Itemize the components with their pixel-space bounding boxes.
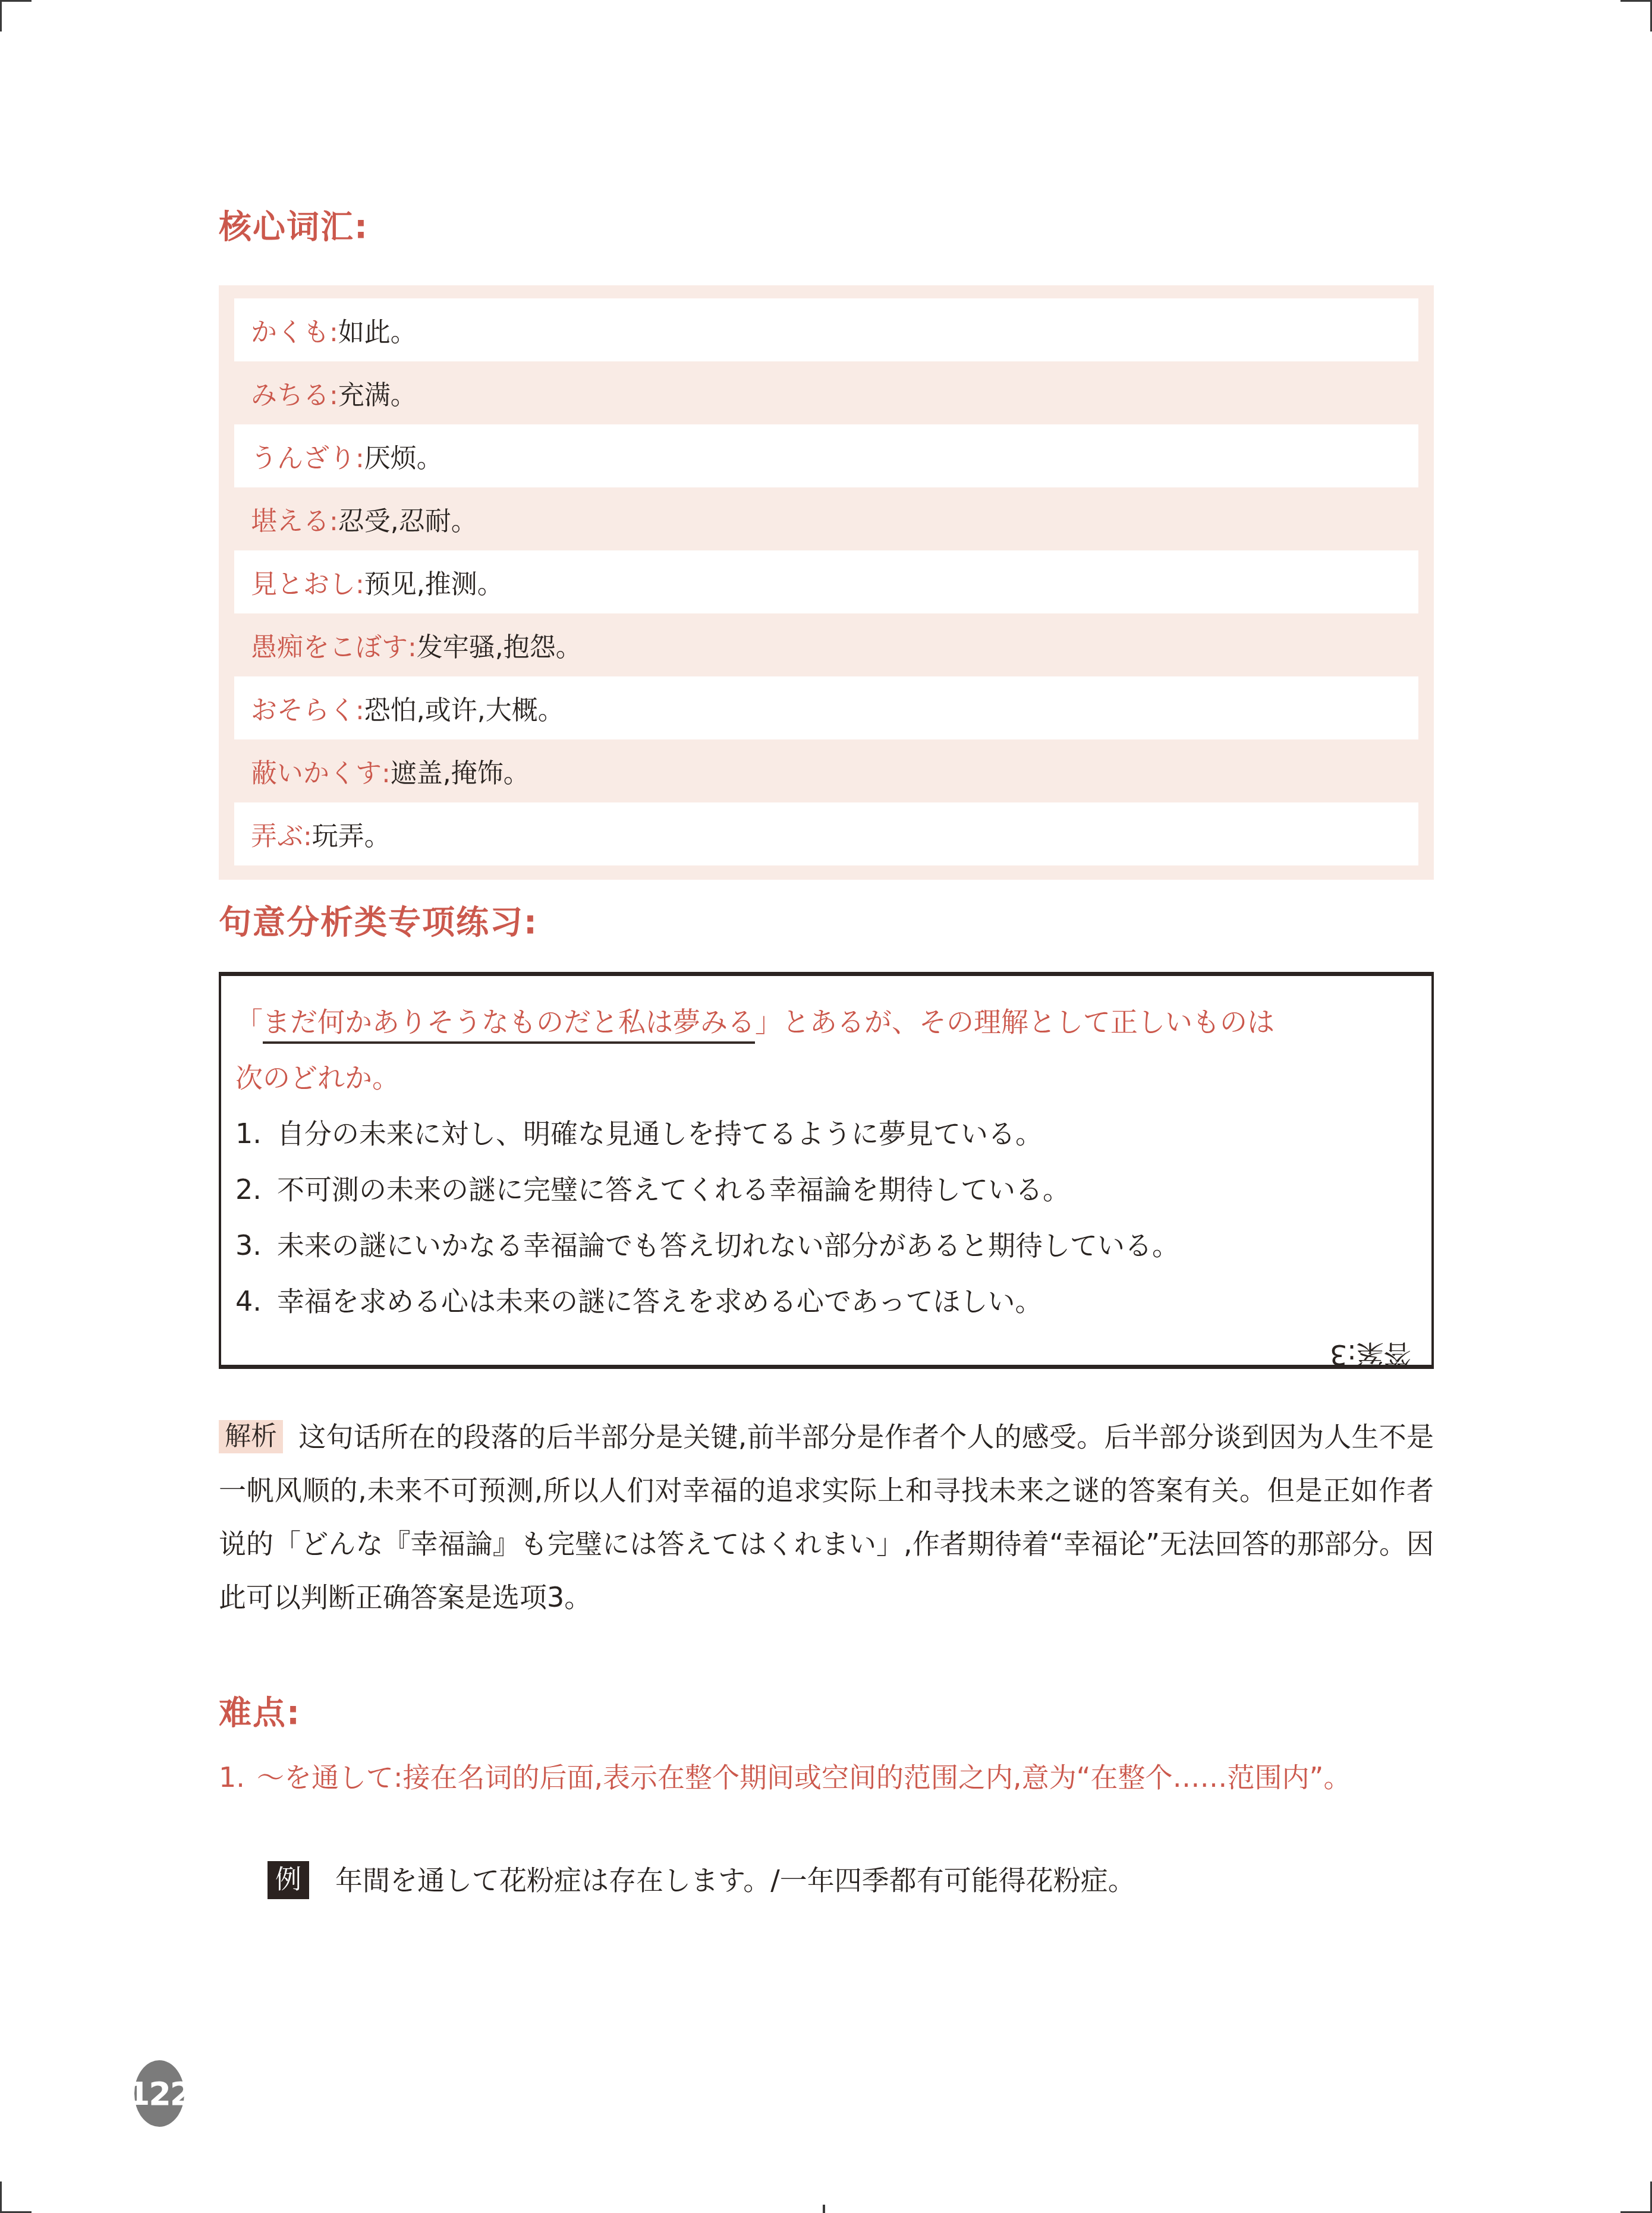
vocab-box: かくも:如此。 みちる:充满。 うんざり:厌烦。 堪える:忍受,忍耐。 見とおし… [219,285,1434,880]
page-number-badge: 122 [134,2060,184,2127]
vocab-row: 見とおし:预见,推测。 [234,550,1418,613]
vocab-row: おそらく:恐怕,或许,大概。 [234,676,1418,739]
vocab-row: みちる:充满。 [234,361,1418,424]
vocab-term: 弄ぶ: [251,815,312,853]
page-number: 122 [128,2075,191,2113]
vocab-row: うんざり:厌烦。 [234,424,1418,487]
example-text: 年間を通して花粉症は存在します。/一年四季都有可能得花粉症。 [335,1859,1135,1901]
vocab-row: 弄ぶ:玩弄。 [234,802,1418,865]
option-text: 幸福を求める心は未来の謎に答えを求める心であってほしい。 [277,1273,1043,1329]
question-underlined-quote: まだ何かありそうなものだと私は夢みる [263,1006,755,1044]
answer-option-3: 3. 未来の謎にいかなる幸福論でも答え切れない部分があると期待している。 [235,1217,1411,1273]
vocab-term: かくも: [251,311,338,349]
vocab-definition: 厌烦。 [364,437,443,475]
vocab-term: 堪える: [251,500,338,538]
answer-option-4: 4. 幸福を求める心は未来の謎に答えを求める心であってほしい。 [235,1273,1411,1329]
answer-key-rotated: 答案:3 [1330,1335,1411,1374]
vocab-definition: 发牢骚,抱怨。 [417,626,582,664]
vocab-definition: 充满。 [338,374,417,412]
analysis-text: 这句话所在的段落的后半部分是关键,前半部分是作者个人的感受。后半部分谈到因为人生… [219,1421,1434,1613]
vocab-definition: 玩弄。 [312,815,391,853]
core-vocab-heading: 核心词汇: [219,207,1434,246]
option-number: 2. [235,1161,277,1217]
vocab-definition: 遮盖,掩饰。 [391,752,530,790]
option-text: 自分の未来に対し、明確な見通しを持てるように夢見ている。 [277,1106,1043,1161]
question-box: 「まだ何かありそうなものだと私は夢みる」とあるが、その理解として正しいものは 次… [219,972,1434,1369]
analysis-paragraph: 解析这句话所在的段落的后半部分是关键,前半部分是作者个人的感受。后半部分谈到因为… [219,1410,1434,1624]
vocab-row: 蔽いかくす:遮盖,掩饰。 [234,739,1418,802]
textbook-page: 核心词汇: かくも:如此。 みちる:充满。 うんざり:厌烦。 堪える:忍受,忍耐… [0,0,1652,2213]
crop-mark-bottom-center [823,2205,825,2213]
question-line2: 次のどれか。 [235,1050,1411,1106]
example-label: 例 [268,1861,309,1899]
vocab-term: おそらく: [251,689,364,727]
option-number: 1. [235,1106,277,1161]
vocab-definition: 恐怕,或许,大概。 [364,689,564,727]
option-text: 不可測の未来の謎に完璧に答えてくれる幸福論を期待している。 [277,1161,1070,1217]
question-text: 「まだ何かありそうなものだと私は夢みる」とあるが、その理解として正しいものは 次… [235,994,1411,1106]
difficulty-item-1: 1. ～を通して:接在名词的后面,表示在整个期间或空间的范围之内,意为“在整个…… [219,1750,1434,1805]
vocab-term: 見とおし: [251,563,364,601]
crop-mark-bottom-right [1620,2181,1652,2213]
crop-mark-top-right [1620,0,1652,32]
practice-heading: 句意分析类专项练习: [219,902,1434,942]
vocab-term: みちる: [251,374,338,412]
answer-key-row: 答案:3 [235,1335,1411,1374]
vocab-definition: 忍受,忍耐。 [338,500,477,538]
vocab-term: 蔽いかくす: [251,752,391,790]
option-number: 4. [235,1273,277,1329]
option-text: 未来の謎にいかなる幸福論でも答え切れない部分があると期待している。 [277,1217,1179,1273]
vocab-term: うんざり: [251,437,364,475]
example-row: 例 年間を通して花粉症は存在します。/一年四季都有可能得花粉症。 [219,1859,1434,1901]
question-quote-open: 「 [235,1006,263,1038]
crop-mark-top-left [0,0,32,32]
vocab-definition: 预见,推测。 [364,563,504,601]
vocab-definition: 如此。 [338,311,417,349]
answer-option-2: 2. 不可測の未来の謎に完璧に答えてくれる幸福論を期待している。 [235,1161,1411,1217]
vocab-row: かくも:如此。 [234,298,1418,361]
vocab-row: 堪える:忍受,忍耐。 [234,487,1418,550]
difficulty-item-number: 1. [219,1750,257,1805]
vocab-row: 愚痴をこぼす:发牢骚,抱怨。 [234,613,1418,676]
question-after-quote: 」とあるが、その理解として正しいものは [755,1006,1275,1038]
crop-mark-bottom-left [0,2181,32,2213]
analysis-label: 解析 [219,1420,283,1453]
option-number: 3. [235,1217,277,1273]
answer-option-1: 1. 自分の未来に対し、明確な見通しを持てるように夢見ている。 [235,1106,1411,1161]
difficulty-item-text: ～を通して:接在名词的后面,表示在整个期间或空间的范围之内,意为“在整个……范围… [257,1750,1351,1805]
difficulty-heading: 难点: [219,1693,1434,1732]
vocab-term: 愚痴をこぼす: [251,626,417,664]
